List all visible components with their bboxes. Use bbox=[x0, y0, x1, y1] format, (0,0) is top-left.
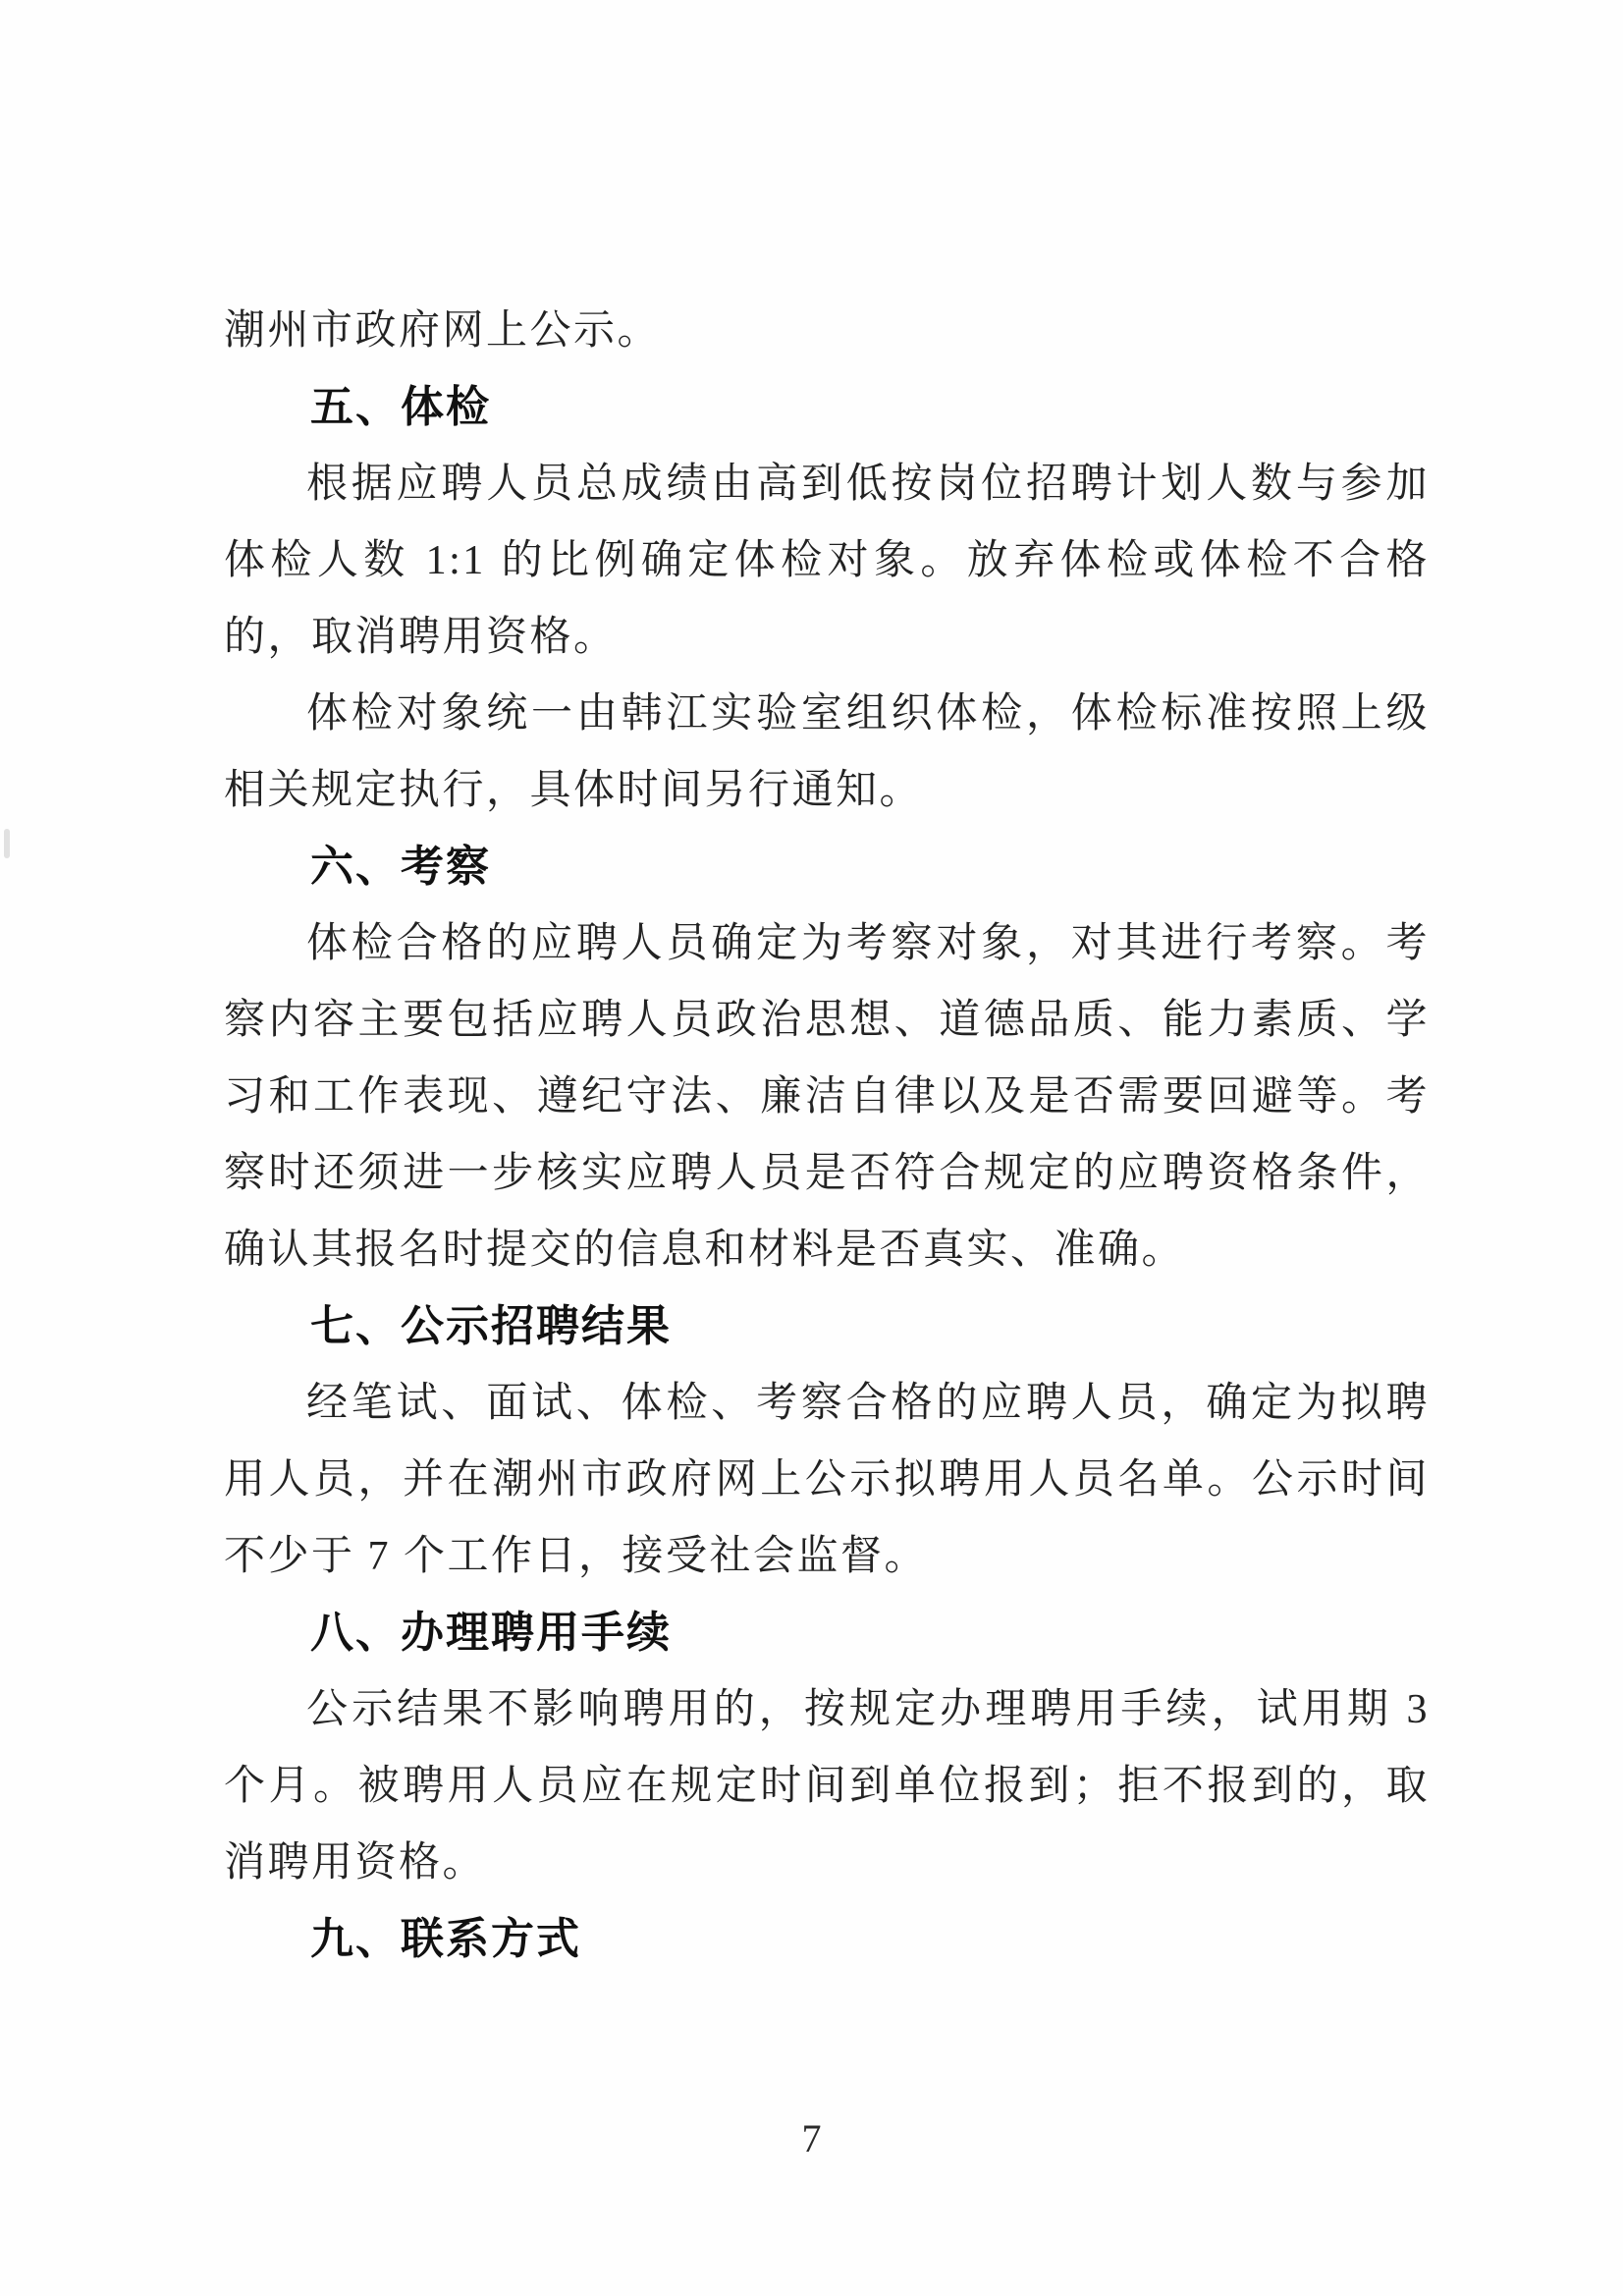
paragraph-employment-procedure: 公示结果不影响聘用的，按规定办理聘用手续，试用期 3 个月。被聘用人员应在规定时… bbox=[224, 1671, 1430, 1901]
section-heading-7-result-publicity: 七、公示招聘结果 bbox=[224, 1288, 1430, 1365]
scan-artifact bbox=[4, 829, 10, 858]
section-heading-8-employment-procedure: 八、办理聘用手续 bbox=[224, 1595, 1430, 1671]
document-body: 潮州市政府网上公示。 五、体检 根据应聘人员总成绩由高到低按岗位招聘计划人数与参… bbox=[224, 293, 1430, 1978]
document-page: 潮州市政府网上公示。 五、体检 根据应聘人员总成绩由高到低按岗位招聘计划人数与参… bbox=[0, 0, 1623, 2296]
section-heading-6-inspection: 六、考察 bbox=[224, 829, 1430, 905]
page-number: 7 bbox=[0, 2109, 1623, 2168]
section-heading-9-contact: 九、联系方式 bbox=[224, 1901, 1430, 1978]
paragraph-physical-exam-organizer: 体检对象统一由韩江实验室组织体检，体检标准按照上级相关规定执行，具体时间另行通知… bbox=[224, 676, 1430, 829]
paragraph-physical-exam-ratio: 根据应聘人员总成绩由高到低按岗位招聘计划人数与参加体检人数 1:1 的比例确定体… bbox=[224, 446, 1430, 676]
paragraph-result-publicity: 经笔试、面试、体检、考察合格的应聘人员，确定为拟聘用人员，并在潮州市政府网上公示… bbox=[224, 1365, 1430, 1595]
paragraph-continuation: 潮州市政府网上公示。 bbox=[224, 293, 1430, 369]
paragraph-inspection-content: 体检合格的应聘人员确定为考察对象，对其进行考察。考察内容主要包括应聘人员政治思想… bbox=[224, 905, 1430, 1288]
section-heading-5-physical-exam: 五、体检 bbox=[224, 369, 1430, 446]
